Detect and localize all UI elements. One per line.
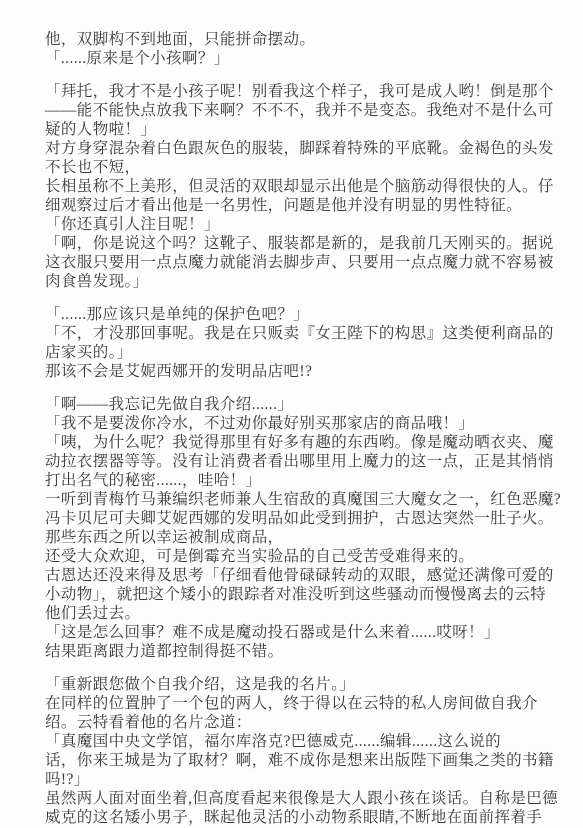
text-line: 绍。云特看着他的名片念道： [45,713,545,732]
text-line: 在同样的位置肿了一个包的两人，终于得以在云特的私人房间做自我介 [45,694,545,713]
text-line: 「你还真引人注目呢！」 [45,215,545,234]
text-line: 「重新跟您做个自我介绍，这是我的名片。」 [45,675,545,694]
text-line: 他，双脚构不到地面，只能拼命摆动。 [45,30,545,49]
text-line: 冯卡贝尼可夫卿艾妮西娜的发明品如此受到拥护，古恩达突然一肚子火。 [45,509,545,528]
blank-line [45,661,545,675]
text-line: 「我不是要泼你冷水，不过劝你最好别买那家店的商品哦！」 [45,414,545,433]
text-line: 店家买的。」 [45,343,545,362]
text-line: 疑的人物啦！」 [45,120,545,139]
text-line: 那些东西之所以幸运被制成商品， [45,528,545,547]
text-line: 长相虽称不上美形，但灵活的双眼却显示出他是个脑筋动得很快的人。仔 [45,177,545,196]
blank-line [45,68,545,82]
novel-page: 他，双脚构不到地面，只能拼命摆动。「......原来是个小孩啊？」「拜托，我才不… [0,0,583,828]
text-line: 还受大众欢迎，可是倒霉充当实验品的自己受苦受难得来的。 [45,547,545,566]
blank-line [45,381,545,395]
text-line: 「啊，你是说这个吗？这靴子、服装都是新的，是我前几天刚买的。据说 [45,234,545,253]
text-line: 「咦，为什么呢？我觉得那里有好多有趣的东西哟。像是魔动晒衣夹、魔 [45,433,545,452]
text-line: 小动物」，就把这个矮小的跟踪者对准没听到这些骚动而慢慢离去的云特 [45,585,545,604]
text-line: 他们丢过去。 [45,604,545,623]
text-line: 虽然两人面对面坐着,但高度看起来很像是大人跟小孩在谈话。自称是巴德 [45,789,545,808]
text-line: 肉食兽发现。」 [45,272,545,291]
text-line: 古恩达还没来得及思考「仔细看他骨碌碌转动的双眼，感觉还满像可爱的 [45,566,545,585]
blank-line [45,291,545,305]
text-line: 吗!?」 [45,770,545,789]
novel-text: 他，双脚构不到地面，只能拼命摆动。「......原来是个小孩啊？」「拜托，我才不… [45,30,545,827]
text-line: 「不，才没那回事呢。我是在只贩卖『女王陛下的构思』这类便利商品的 [45,324,545,343]
text-line: 动拉衣摆器等等。没有让消费者看出哪里用上魔力的这一点，正是其悄悄 [45,452,545,471]
text-line: 打出名气的秘密......，哇哈！」 [45,471,545,490]
text-line: 这衣服只要用一点点魔力就能消去脚步声、只要用一点点魔力就不容易被 [45,253,545,272]
text-line: ——能不能快点放我下来啊？不不不，我并不是变态。我绝对不是什么可 [45,101,545,120]
text-line: 一听到青梅竹马兼编织老师兼人生宿敌的真魔国三大魔女之一，红色恶魔? [45,490,545,509]
text-line: 「......原来是个小孩啊？」 [45,49,545,68]
text-line: 「......那应该只是单纯的保护色吧？」 [45,305,545,324]
text-line: 话，你来王城是为了取材？啊，难不成你是想来出版陛下画集之类的书籍 [45,751,545,770]
text-line: 细观察过后才看出他是一名男性，问题是他并没有明显的男性特征。 [45,196,545,215]
text-line: 结果距离跟力道都控制得挺不错。 [45,642,545,661]
text-line: 「真魔国中央文学馆，福尔库洛克?巴德威克......编辑......这么说的 [45,732,545,751]
text-line: 威克的这名矮小男子，眯起他灵活的小动物系眼睛,不断地在面前挥着手 [45,808,545,827]
text-line: 「这是怎么回事？难不成是魔动投石器或是什么来着......哎呀！」 [45,623,545,642]
text-line: 「啊——我忘记先做自我介绍......」 [45,395,545,414]
text-line: 不长也不短， [45,158,545,177]
text-line: 那该不会是艾妮西娜开的发明品店吧!? [45,362,545,381]
text-line: 「拜托，我才不是小孩子呢！别看我这个样子，我可是成人哟！倒是那个 [45,82,545,101]
text-line: 对方身穿混杂着白色跟灰色的服装，脚踩着特殊的平底靴。金褐色的头发 [45,139,545,158]
